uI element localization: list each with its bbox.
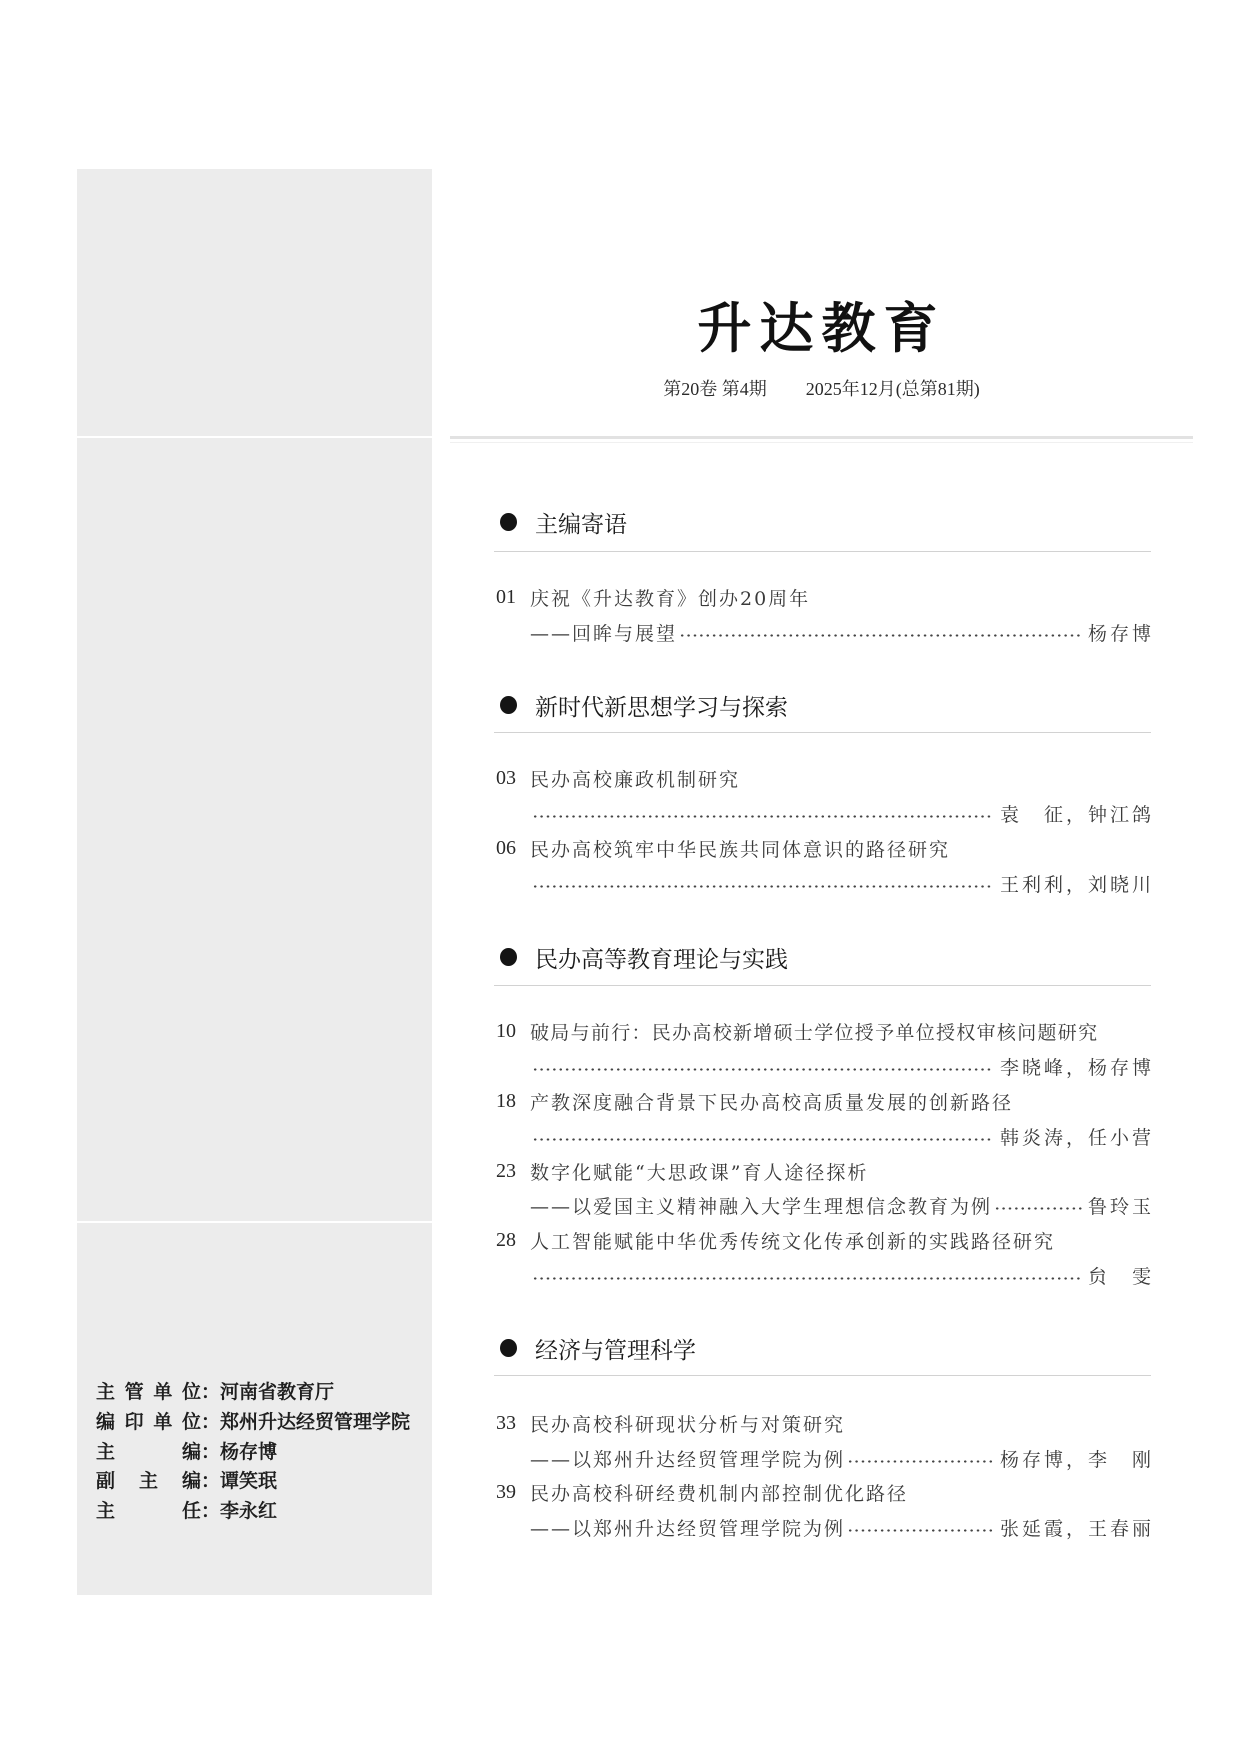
masthead-row-deputy-editor: 副 主 编 ： 谭笑珉 [96, 1467, 410, 1497]
toc-entry[interactable]: 33 民办高校科研现状分析与对策研究 [496, 1408, 1151, 1438]
masthead-value: 谭笑珉 [220, 1467, 277, 1497]
toc-entry-subline: 贠 雯 [530, 1260, 1151, 1290]
label-char: 主 [96, 1438, 115, 1468]
dot-leader [847, 1460, 994, 1463]
dot-leader [532, 885, 994, 888]
article-authors: 鲁玲玉 [1088, 1192, 1154, 1219]
dot-leader [532, 1138, 994, 1141]
volume: 第20卷 [663, 379, 717, 399]
header-divider-secondary [450, 442, 1193, 443]
page-number: 39 [496, 1481, 530, 1504]
section-title: 民办高等教育理论与实践 [535, 941, 788, 974]
issue-date: 2025年12月(总第81期) [806, 379, 980, 399]
toc-entry-subline: 袁 征，钟江鸽 [530, 798, 1151, 828]
issue: 第4期 [722, 379, 767, 399]
article-title: 产教深度融合背景下民办高校高质量发展的创新路径 [530, 1088, 1013, 1115]
header-divider [450, 436, 1193, 439]
section-title: 经济与管理科学 [535, 1332, 696, 1365]
masthead-label: 主 任 [96, 1497, 201, 1527]
toc-entry-subline: 李晓峰，杨存博 [530, 1051, 1151, 1081]
label-char: 位 [182, 1378, 201, 1408]
article-subtitle: ——以郑州升达经贸管理学院为例 [530, 1514, 845, 1541]
toc-entry[interactable]: 01 庆祝《升达教育》创办20周年 [496, 582, 1151, 612]
page-number: 18 [496, 1090, 530, 1113]
masthead-colon: ： [201, 1408, 220, 1438]
section-heading: 主编寄语 [500, 507, 627, 537]
page-number: 28 [496, 1229, 530, 1252]
issue-info: 第20卷 第4期 2025年12月(总第81期) [450, 377, 1193, 401]
article-subtitle: ——以爱国主义精神融入大学生理想信念教育为例 [530, 1192, 992, 1219]
dot-leader [847, 1529, 994, 1532]
label-char: 单 [153, 1378, 172, 1408]
section-divider [494, 551, 1151, 552]
toc-entry-subline: ——以郑州升达经贸管理学院为例 张延霞，王春丽 [530, 1512, 1151, 1542]
label-char: 编 [96, 1408, 115, 1438]
article-title: 民办高校科研现状分析与对策研究 [530, 1410, 845, 1437]
toc-entry-subline: ——以爱国主义精神融入大学生理想信念教育为例 鲁玲玉 [530, 1190, 1151, 1220]
label-char: 副 [96, 1467, 115, 1497]
label-char: 任 [182, 1497, 201, 1527]
article-title: 人工智能赋能中华优秀传统文化传承创新的实践路径研究 [530, 1227, 1055, 1254]
masthead-label: 副 主 编 [96, 1467, 201, 1497]
label-char: 位 [182, 1408, 201, 1438]
toc-entry-subline: ——回眸与展望 杨存博 [530, 617, 1151, 647]
section-title: 新时代新思想学习与探索 [535, 689, 788, 722]
article-subtitle: ——回眸与展望 [530, 619, 677, 646]
section-heading: 民办高等教育理论与实践 [500, 942, 788, 972]
masthead-label: 主 管 单 位 [96, 1378, 201, 1408]
article-authors: 李晓峰，杨存博 [1000, 1053, 1154, 1080]
masthead-row-publisher: 编 印 单 位 ： 郑州升达经贸管理学院 [96, 1408, 410, 1438]
article-authors: 贠 雯 [1088, 1262, 1154, 1289]
article-subtitle: ——以郑州升达经贸管理学院为例 [530, 1445, 845, 1472]
toc-entry[interactable]: 03 民办高校廉政机制研究 [496, 763, 1151, 793]
masthead: 主 管 单 位 ： 河南省教育厅 编 印 单 位 ： 郑州升达经贸管理学院 主 … [96, 1378, 410, 1527]
bullet-icon [500, 513, 517, 531]
masthead-row-supervisor: 主 管 单 位 ： 河南省教育厅 [96, 1378, 410, 1408]
masthead-label: 主 编 [96, 1438, 201, 1468]
article-title: 庆祝《升达教育》创办20周年 [530, 584, 810, 611]
toc-entry-subline: ——以郑州升达经贸管理学院为例 杨存博，李 刚 [530, 1443, 1151, 1473]
article-title: 破局与前行：民办高校新增硕士学位授予单位授权审核问题研究 [530, 1018, 1098, 1045]
masthead-value: 河南省教育厅 [220, 1378, 334, 1408]
label-char: 主 [139, 1467, 158, 1497]
label-char: 主 [96, 1497, 115, 1527]
masthead-colon: ： [201, 1378, 220, 1408]
article-authors: 袁 征，钟江鸽 [1000, 800, 1154, 827]
label-char: 单 [153, 1408, 172, 1438]
page-number: 23 [496, 1160, 530, 1183]
label-char: 编 [182, 1438, 201, 1468]
section-divider [494, 985, 1151, 986]
bullet-icon [500, 948, 517, 966]
article-title: 数字化赋能“大思政课”育人途径探析 [530, 1158, 868, 1185]
bullet-icon [500, 696, 517, 714]
sidebar-panel-top [77, 169, 432, 436]
section-heading: 新时代新思想学习与探索 [500, 690, 788, 720]
toc-entry[interactable]: 06 民办高校筑牢中华民族共同体意识的路径研究 [496, 833, 1151, 863]
toc-entry[interactable]: 10 破局与前行：民办高校新增硕士学位授予单位授权审核问题研究 [496, 1016, 1151, 1046]
article-title: 民办高校廉政机制研究 [530, 765, 740, 792]
toc-entry[interactable]: 39 民办高校科研经费机制内部控制优化路径 [496, 1477, 1151, 1507]
toc-entry[interactable]: 28 人工智能赋能中华优秀传统文化传承创新的实践路径研究 [496, 1225, 1151, 1255]
bullet-icon [500, 1339, 517, 1357]
dot-leader [532, 1068, 994, 1071]
label-char: 管 [125, 1378, 144, 1408]
section-heading: 经济与管理科学 [500, 1333, 696, 1363]
masthead-colon: ： [201, 1497, 220, 1527]
section-divider [494, 732, 1151, 733]
label-char: 主 [96, 1378, 115, 1408]
label-char: 编 [182, 1467, 201, 1497]
masthead-colon: ： [201, 1438, 220, 1468]
page-number: 33 [496, 1412, 530, 1435]
toc-entry[interactable]: 23 数字化赋能“大思政课”育人途径探析 [496, 1156, 1151, 1186]
toc-entry-subline: 王利利，刘晓川 [530, 868, 1151, 898]
masthead-value: 郑州升达经贸管理学院 [220, 1408, 410, 1438]
page-number: 01 [496, 586, 530, 609]
dot-leader [532, 1277, 1082, 1280]
masthead-row-editor-in-chief: 主 编 ： 杨存博 [96, 1438, 410, 1468]
article-authors: 韩炎涛，任小营 [1000, 1123, 1154, 1150]
page-number: 06 [496, 837, 530, 860]
article-title: 民办高校科研经费机制内部控制优化路径 [530, 1479, 908, 1506]
masthead-value: 李永红 [220, 1497, 277, 1527]
masthead-colon: ： [201, 1467, 220, 1497]
article-authors: 王利利，刘晓川 [1000, 870, 1154, 897]
dot-leader [532, 815, 994, 818]
masthead-value: 杨存博 [220, 1438, 277, 1468]
article-authors: 杨存博，李 刚 [1000, 1445, 1154, 1472]
article-authors: 杨存博 [1088, 619, 1154, 646]
section-divider [494, 1375, 1151, 1376]
article-title: 民办高校筑牢中华民族共同体意识的路径研究 [530, 835, 950, 862]
toc-entry[interactable]: 18 产教深度融合背景下民办高校高质量发展的创新路径 [496, 1086, 1151, 1116]
sidebar-panel-middle [77, 438, 432, 1221]
dot-leader [994, 1207, 1082, 1210]
masthead-row-director: 主 任 ： 李永红 [96, 1497, 410, 1527]
section-title: 主编寄语 [535, 506, 627, 539]
toc-entry-subline: 韩炎涛，任小营 [530, 1121, 1151, 1151]
page-number: 10 [496, 1020, 530, 1043]
journal-title: 升达教育 [450, 296, 1193, 360]
masthead-label: 编 印 单 位 [96, 1408, 201, 1438]
label-char: 印 [125, 1408, 144, 1438]
dot-leader [679, 634, 1082, 637]
page-number: 03 [496, 767, 530, 790]
article-authors: 张延霞，王春丽 [1000, 1514, 1154, 1541]
